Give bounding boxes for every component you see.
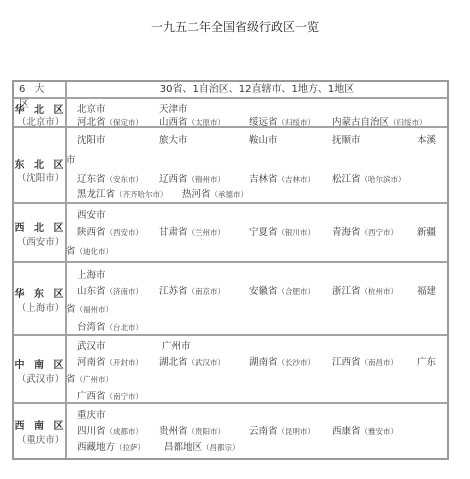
list-item: 甘肃省（兰州市） — [159, 224, 225, 238]
list-item: 辽西省（锦州市） — [159, 171, 225, 185]
list-item: 贵州省（贵阳市） — [159, 423, 225, 437]
region-name: 西 北 区 — [14, 219, 67, 234]
region-capital: （重庆市） — [14, 432, 67, 446]
list-item: 本溪 — [417, 132, 436, 146]
region-row-huadong: 华 东 区 （上海市） 上海市 山东省（济南市） 江苏省（南京市） 安徽省（合肥… — [14, 263, 447, 336]
list-item: 绥远省（归绥市） — [249, 114, 315, 128]
list-item: 天津市 — [159, 101, 188, 115]
header-regions-label: 6 大 区 — [14, 82, 67, 97]
list-item: 重庆市 — [77, 407, 106, 421]
list-item: 湖北省（武汉市） — [159, 354, 225, 368]
list-item: 沈阳市 — [77, 132, 106, 146]
list-item: 武汉市 — [77, 338, 106, 352]
list-item: 热河省（承德市） — [182, 186, 248, 200]
region-name: 中 南 区 — [14, 356, 67, 371]
region-row-huabei: 华 北 区 （北京市） 北京市 天津市 河北省（保定市） 山西省（太原市） 绥远… — [14, 99, 447, 128]
list-item: 江西省（南昌市） — [332, 354, 398, 368]
list-item: 宁夏省（银川市） — [249, 224, 315, 238]
list-item: 湖南省（长沙市） — [249, 354, 315, 368]
list-item: 安徽省（合肥市） — [249, 283, 315, 297]
region-row-zhongnan: 中 南 区 （武汉市） 武汉市 广州市 河南省（开封市） 湖北省（武汉市） 湖南… — [14, 336, 447, 404]
list-item: 市 — [66, 152, 76, 166]
list-item: 西藏地方（拉萨） — [77, 439, 145, 453]
header-summary-label: 30省、1自治区、12直辖市、1地方、1地区 — [67, 82, 447, 97]
region-name: 华 东 区 — [14, 285, 67, 300]
list-item: 台湾省（台北市） — [77, 319, 143, 333]
list-item: 陕西省（西安市） — [77, 224, 143, 238]
list-item: 河南省（开封市） — [77, 354, 143, 368]
region-capital: （北京市） — [14, 114, 67, 128]
list-item: 广州市 — [162, 338, 191, 352]
region-name: 西 南 区 — [14, 417, 67, 432]
list-item: 西康省（雅安市） — [332, 423, 398, 437]
list-item: 青海省（西宁市） — [332, 224, 398, 238]
list-item: 河北省（保定市） — [77, 114, 143, 128]
list-item: 旅大市 — [159, 132, 188, 146]
list-item: 抚顺市 — [332, 132, 361, 146]
region-row-dongbei: 东 北 区 （沈阳市） 沈阳市 旅大市 鞍山市 抚顺市 本溪 市 辽东省（安东市… — [14, 128, 447, 204]
list-item: 省（迪化市） — [66, 243, 113, 257]
list-item: 山西省（太原市） — [159, 114, 225, 128]
list-item: 省（广州市） — [66, 371, 113, 385]
region-capital: （武汉市） — [14, 371, 67, 385]
region-row-xinan: 西 南 区 （重庆市） 重庆市 四川省（成都市） 贵州省（贵阳市） 云南省（昆明… — [14, 404, 447, 458]
region-capital: （沈阳市） — [14, 170, 67, 184]
list-item: 辽东省（安东市） — [77, 171, 143, 185]
region-name: 东 北 区 — [14, 156, 67, 171]
list-item: 西安市 — [77, 207, 106, 221]
list-item: 内蒙古自治区（归绥市） — [332, 114, 427, 128]
list-item: 江苏省（南京市） — [159, 283, 225, 297]
list-item: 吉林省（吉林市） — [249, 171, 315, 185]
list-item: 上海市 — [77, 267, 106, 281]
list-item: 广东 — [417, 354, 436, 368]
page-title: 一九五二年全国省级行政区一览 — [0, 18, 470, 35]
region-row-xibei: 西 北 区 （西安市） 西安市 陕西省（西安市） 甘肃省（兰州市） 宁夏省（银川… — [14, 204, 447, 263]
list-item: 山东省（济南市） — [77, 283, 143, 297]
list-item: 黑龙江省（齐齐哈尔市） — [77, 186, 168, 200]
list-item: 鞍山市 — [249, 132, 278, 146]
list-item: 北京市 — [77, 101, 106, 115]
list-item: 昌都地区（昌都宗） — [164, 439, 240, 453]
list-item: 广西省（南宁市） — [77, 388, 143, 402]
region-capital: （西安市） — [14, 234, 67, 248]
list-item: 省（福州市） — [66, 301, 113, 315]
list-item: 四川省（成都市） — [77, 423, 143, 437]
list-item: 云南省（昆明市） — [249, 423, 315, 437]
province-table: 6 大 区 30省、1自治区、12直辖市、1地方、1地区 华 北 区 （北京市）… — [12, 80, 449, 460]
list-item: 福建 — [417, 283, 436, 297]
list-item: 浙江省（杭州市） — [332, 283, 398, 297]
list-item: 松江省（哈尔滨市） — [332, 171, 406, 185]
region-capital: （上海市） — [14, 300, 67, 314]
list-item: 新疆 — [417, 224, 436, 238]
table-header-row: 6 大 区 30省、1自治区、12直辖市、1地方、1地区 — [14, 82, 447, 99]
